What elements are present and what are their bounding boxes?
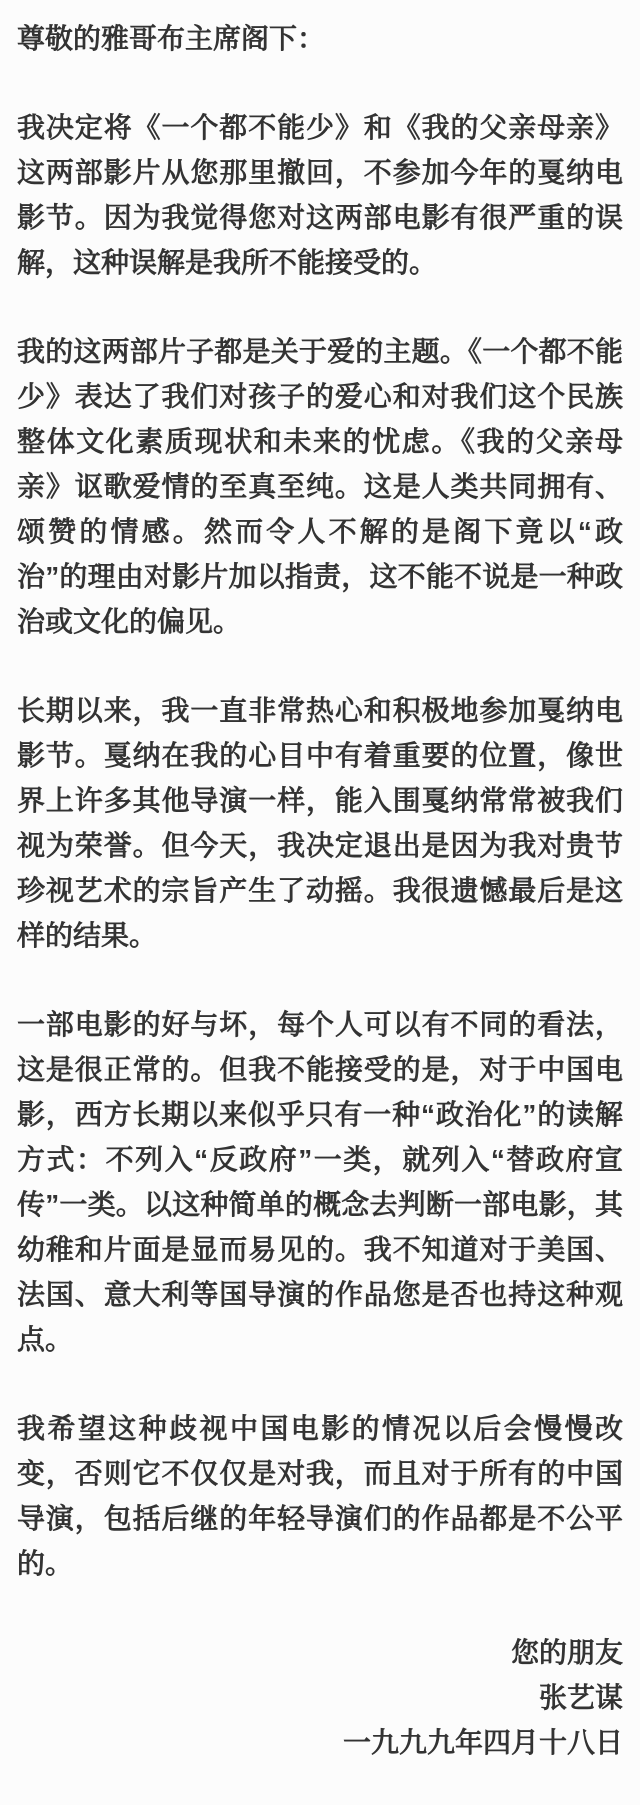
letter-document: 尊敬的雅哥布主席阁下： 我决定将《一个都不能少》和《我的父亲母亲》这两部影片从您… — [0, 0, 640, 1805]
signature-name: 张艺谋 — [17, 1675, 623, 1720]
letter-paragraph-2: 我的这两部片子都是关于爱的主题。《一个都不能少》表达了我们对孩子的爱心和对我们这… — [17, 329, 623, 644]
letter-paragraph-3: 长期以来，我一直非常热心和积极地参加戛纳电影节。戛纳在我的心目中有着重要的位置，… — [17, 688, 623, 958]
letter-paragraph-1: 我决定将《一个都不能少》和《我的父亲母亲》这两部影片从您那里撤回，不参加今年的戛… — [17, 105, 623, 285]
signature-closing: 您的朋友 — [17, 1630, 623, 1675]
letter-salutation: 尊敬的雅哥布主席阁下： — [17, 16, 623, 61]
letter-paragraph-5: 我希望这种歧视中国电影的情况以后会慢慢改变，否则它不仅仅是对我，而且对于所有的中… — [17, 1406, 623, 1586]
signature-block: 您的朋友 张艺谋 一九九九年四月十八日 — [17, 1630, 623, 1765]
signature-date: 一九九九年四月十八日 — [17, 1720, 623, 1765]
letter-paragraph-4: 一部电影的好与坏，每个人可以有不同的看法，这是很正常的。但我不能接受的是，对于中… — [17, 1002, 623, 1362]
